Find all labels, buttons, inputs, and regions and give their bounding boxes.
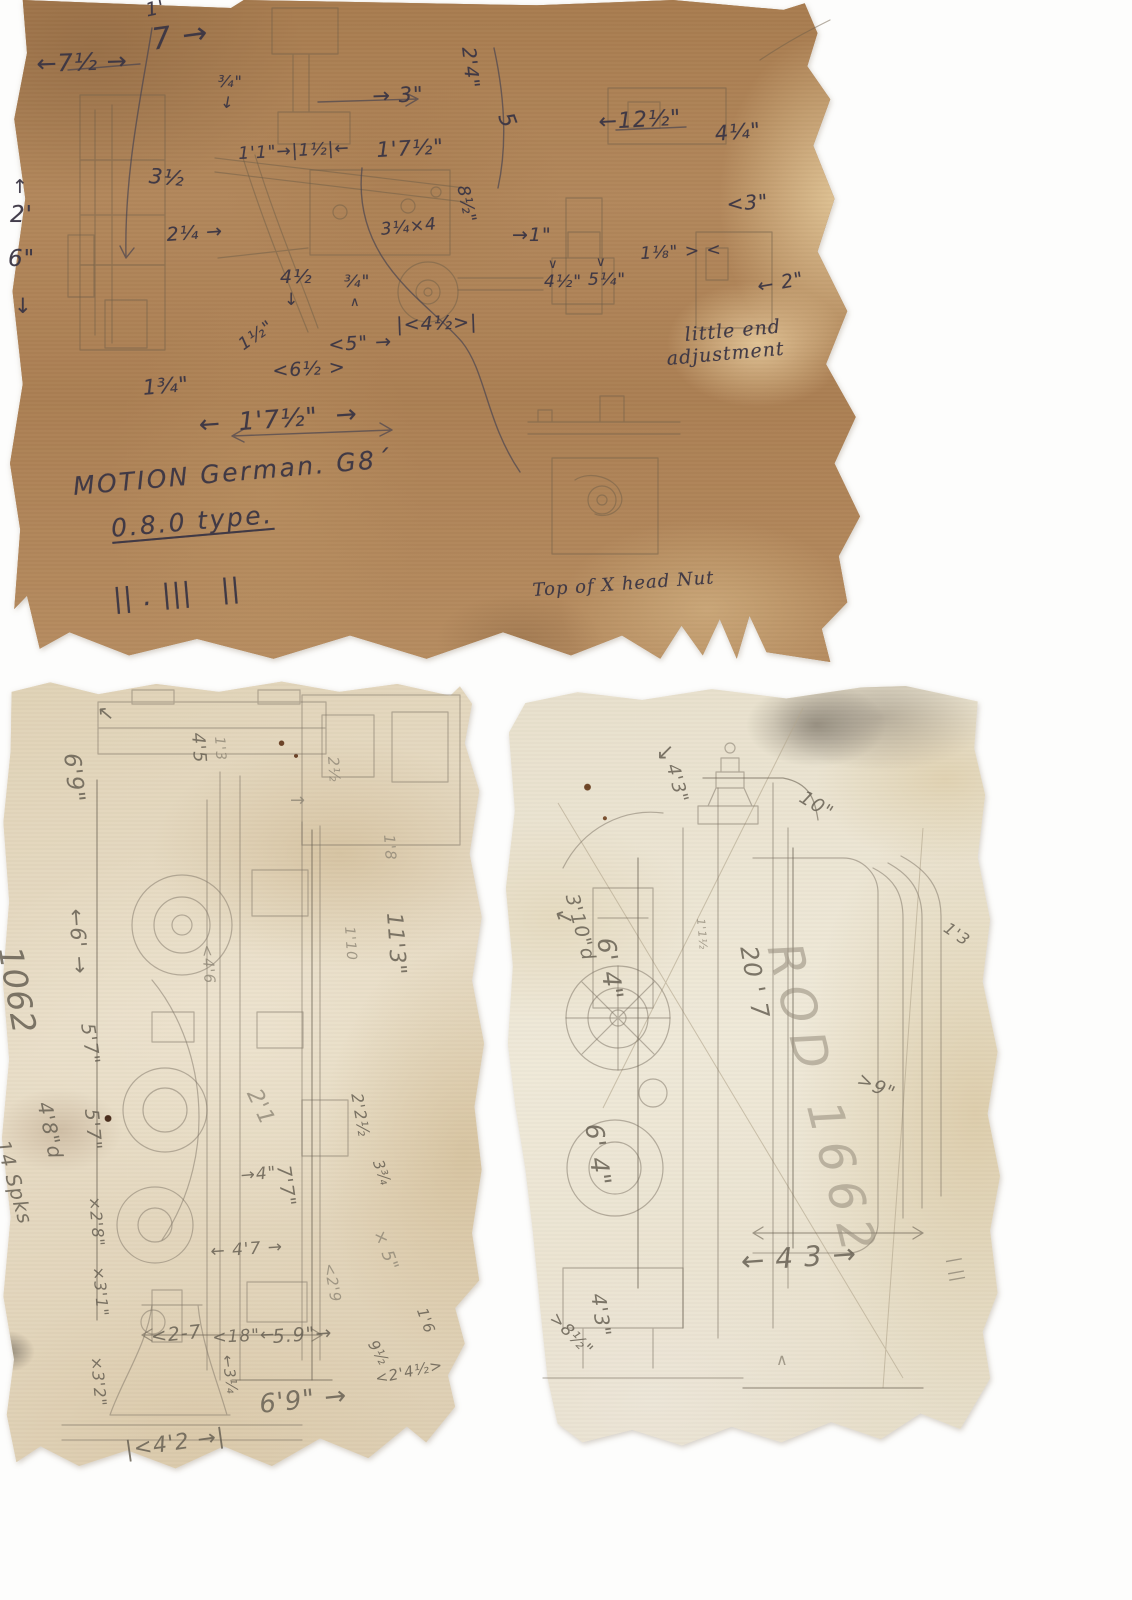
dimension-annotation: ×3'1" <box>90 1266 110 1318</box>
dimension-annotation: |<4'2 →| <box>124 1426 227 1462</box>
dimension-annotation: ×2'8" <box>86 1196 106 1248</box>
dimension-annotation: ∨ <box>548 258 559 271</box>
dimension-annotation: ×3'2" <box>88 1356 108 1408</box>
dimension-annotation: 2'2½ <box>348 1092 371 1138</box>
dimension-annotation: 1'3 <box>941 920 973 949</box>
annotation-layer: 1'7 →←7½ →¾"↓→ 3"2'4"5←12½"4¼"1'1"→|1½|←… <box>0 0 1132 1600</box>
dimension-annotation: ← 1'7½" → <box>198 401 358 437</box>
dimension-annotation: ← 2" <box>756 270 805 297</box>
dimension-annotation: 1'1½ <box>695 918 709 951</box>
dimension-annotation: ∧ <box>776 1352 789 1368</box>
dimension-annotation: ∨ <box>596 256 607 269</box>
dimension-annotation: <5" → <box>328 333 393 355</box>
dimension-annotation: 11'3" <box>382 912 408 977</box>
dimension-annotation: 4½" <box>544 274 582 291</box>
scanned-page: 1'7 →←7½ →¾"↓→ 3"2'4"5←12½"4¼"1'1"→|1½|←… <box>0 0 1132 1600</box>
dimension-annotation: 2' <box>10 204 33 227</box>
dimension-annotation: 3¼×4 <box>380 216 438 239</box>
dimension-annotation: 5.9"→ <box>272 1324 333 1347</box>
dimension-annotation: ↑ <box>12 178 29 197</box>
dimension-annotation: ¾" <box>218 74 243 90</box>
dimension-annotation: → <box>290 792 306 810</box>
dimension-annotation: ↙ <box>656 742 675 764</box>
dimension-annotation: ←6' → <box>65 908 91 975</box>
dimension-annotation: 1'10 <box>342 926 358 961</box>
number-1062: 1062 <box>0 944 41 1036</box>
title-080-type: 0.8.0 type. <box>110 502 274 541</box>
dimension-annotation: <4'6 <box>199 944 217 985</box>
dimension-annotation: 10" <box>796 788 837 823</box>
dimension-6ft9: 6'9" → <box>258 1383 348 1418</box>
dimension-annotation: ←7½ → <box>36 49 128 76</box>
dimension-annotation: ↓ <box>284 292 299 309</box>
dimension-annotation: 1'6 <box>414 1306 437 1336</box>
dimension-annotation: 9½ <box>365 1338 391 1368</box>
title-motion-german-g8: MOTION German. G8´ <box>72 446 392 499</box>
dimension-annotation: 5 <box>493 110 519 132</box>
dimension-annotation: 7'7" <box>273 1164 298 1208</box>
dimension-annotation: 2'1 <box>242 1086 278 1129</box>
dimension-annotation: 2½ <box>325 756 342 783</box>
dimension-annotation: 2'4" <box>458 46 481 90</box>
dimension-annotation: 4'3" <box>588 1292 614 1339</box>
dimension-annotation: 5'7" <box>77 1022 102 1066</box>
dimension-annotation: 1'7½" <box>376 136 445 161</box>
dimension-annotation: 2¼ → <box>166 222 224 245</box>
number-rod-1662: ROD 1662 <box>759 938 884 1265</box>
dimension-annotation: 1'3 <box>212 736 228 762</box>
note-14-spokes: 14 Spks <box>0 1138 36 1226</box>
dimension-annotation: 1⅛" > < <box>640 242 722 263</box>
dimension-annotation: <2'9 <box>321 1262 343 1304</box>
dimension-annotation: 1'1"→|1½|← <box>238 140 350 163</box>
dimension-annotation: 5'7" <box>81 1108 104 1152</box>
dimension-annotation: 1¾" <box>142 374 190 399</box>
dimension-annotation: | || <box>946 1256 966 1284</box>
caption-little-end-adjustment-line2: adjustment <box>666 340 785 369</box>
dimension-annotation: 4'3" <box>663 762 691 805</box>
dimension-annotation: ← 4'7 → <box>210 1239 284 1261</box>
dimension-annotation: 1½" <box>236 318 277 354</box>
dimension-annotation: 6' 4" <box>593 936 627 1002</box>
dimension-annotation: → 3" <box>372 84 424 107</box>
dimension-annotation: ← <box>93 700 119 727</box>
dimension-annotation: <2-7 <box>150 1323 203 1347</box>
dimension-4-3: ← 4 3 → <box>740 1240 858 1276</box>
dimension-annotation: <6½ > <box>272 358 346 381</box>
dimension-annotation: ¾" <box>344 274 370 291</box>
dimension-annotation: 6' 4" <box>581 1122 615 1188</box>
dimension-annotation: 7 → <box>150 18 210 56</box>
dimension-annotation: <3" <box>726 191 769 214</box>
dimension-annotation: ∧ <box>350 296 361 309</box>
dimension-annotation: 1' <box>144 0 167 21</box>
dimension-annotation: 5¼" <box>588 272 626 289</box>
dimension-annotation: 4¼" <box>714 120 762 145</box>
dimension-annotation: 4½ <box>280 268 313 287</box>
tally-marks: || . ||| || <box>112 575 242 613</box>
caption-top-of-crosshead-nut: Top of X head Nut <box>532 569 715 600</box>
dimension-annotation: ↓ <box>14 296 33 317</box>
dimension-annotation: 1'8 <box>381 834 398 861</box>
dimension-annotation: >8½" <box>546 1310 596 1360</box>
dimension-annotation: >9" <box>854 1070 898 1104</box>
dimension-annotation: ↓ <box>219 94 236 112</box>
dimension-annotation: →1" <box>512 226 552 245</box>
dimension-annotation: ←12½" <box>598 108 682 134</box>
dimension-annotation: ←3¼ <box>219 1354 239 1395</box>
dimension-annotation: 6" <box>8 248 35 271</box>
dimension-annotation: 8½" <box>453 184 478 225</box>
dimension-annotation: 4'5 <box>188 732 208 764</box>
dimension-annotation: × 5" <box>370 1228 400 1274</box>
dimension-annotation: |<4½>| <box>396 313 478 335</box>
dimension-annotation: 3¾ <box>370 1158 393 1188</box>
dimension-annotation: →4" <box>240 1165 277 1185</box>
dimension-annotation: 4'8"d <box>34 1100 66 1161</box>
dimension-annotation: <18"← <box>212 1327 276 1347</box>
dimension-annotation: 6'9" <box>59 752 87 804</box>
dimension-annotation: 3½ <box>148 166 185 190</box>
